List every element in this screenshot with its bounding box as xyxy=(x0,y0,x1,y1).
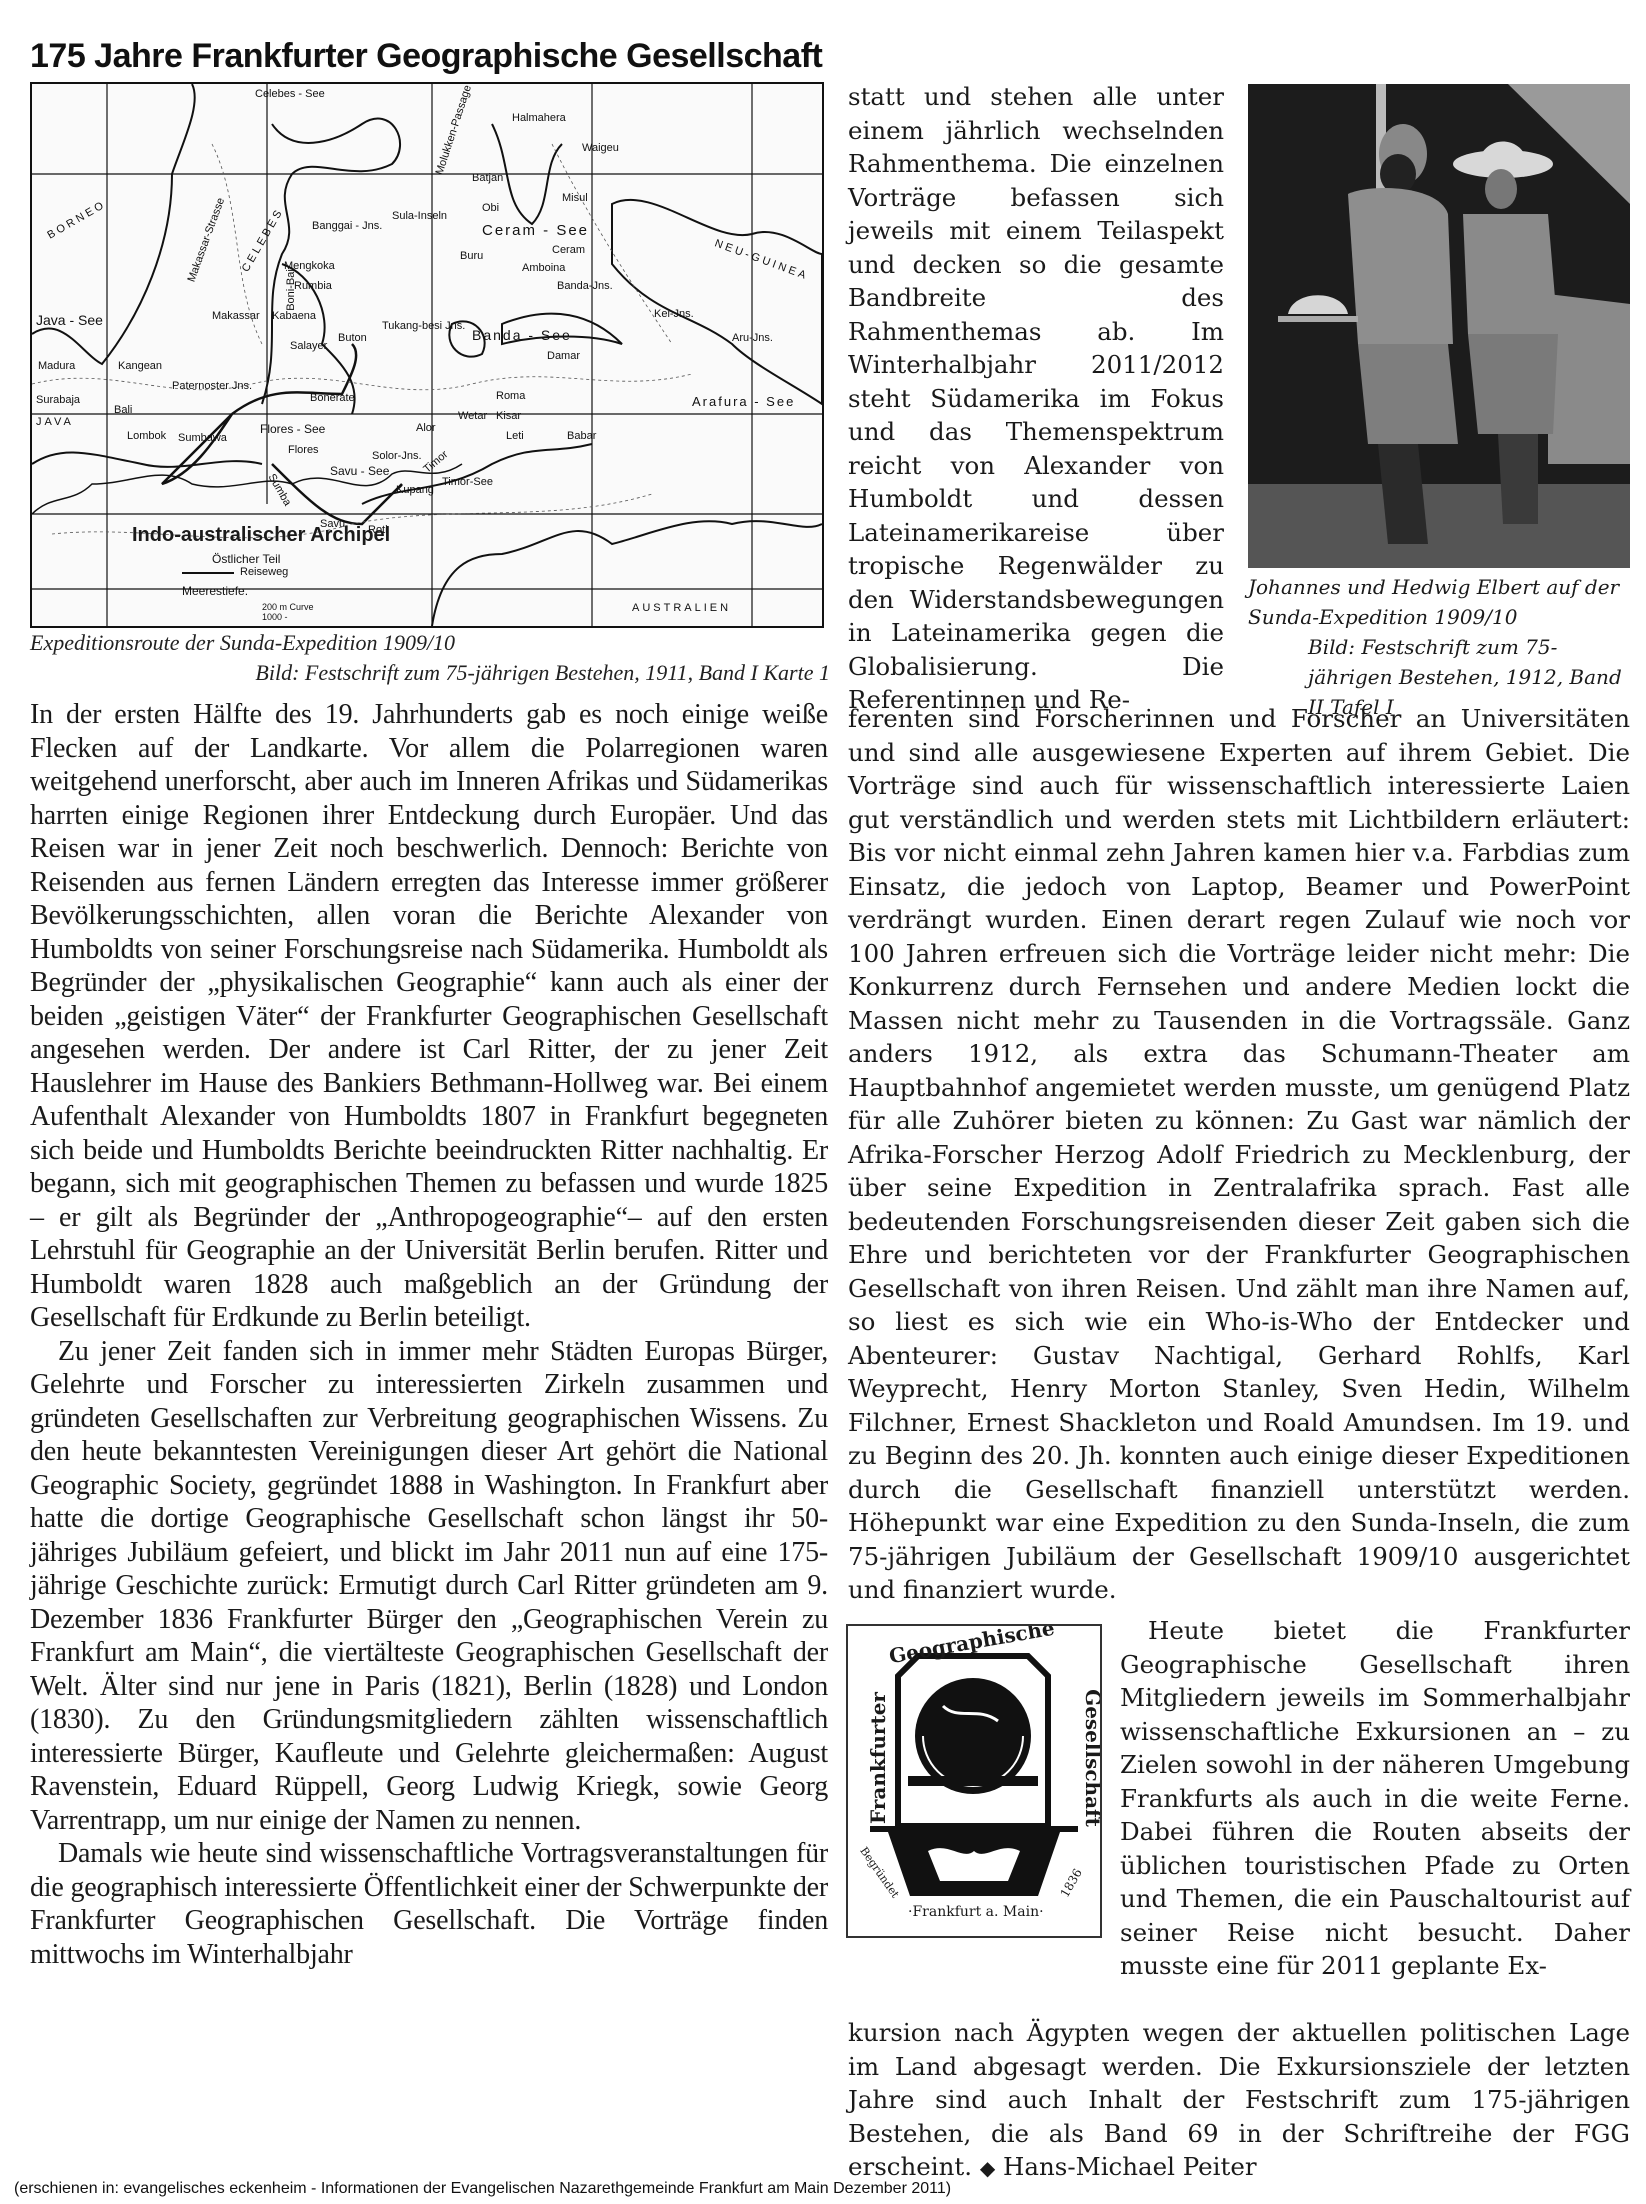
map-label: Banggai - Jns. xyxy=(312,220,382,232)
map-label: AUSTRALIEN xyxy=(632,602,731,614)
publication-footer: (erschienen in: evangelisches eckenheim … xyxy=(14,2180,951,2198)
map-label: Banda-Jns. xyxy=(557,280,613,292)
closing-paragraph: kursion nach Ägypten wegen der aktuellen… xyxy=(848,2016,1630,2186)
map-label: JAVA xyxy=(36,416,74,428)
map-label: Madura xyxy=(38,360,75,372)
map-label: Arafura - See xyxy=(692,394,795,409)
map-label: Flores xyxy=(288,444,319,456)
map-label: Kupang xyxy=(396,484,434,496)
paragraph: ferenten sind Forscherinnen und Forscher… xyxy=(848,702,1630,1607)
photo-people-icon xyxy=(1248,84,1630,568)
expedition-map-image: Celebes - See BORNEO Makassar-Strasse CE… xyxy=(30,82,824,628)
map-label: Misul xyxy=(562,192,588,204)
map-label: Batjan xyxy=(472,172,503,184)
map-label: Boni-Bai xyxy=(285,269,297,311)
diamond-bullet-icon: ◆ xyxy=(980,2156,995,2180)
map-legend-title: Indo-australischer Archipel xyxy=(132,524,390,547)
right-column: ferenten sind Forscherinnen und Forscher… xyxy=(848,702,1630,1607)
map-label: Babar xyxy=(567,430,596,442)
map-label: Paternoster Jns. xyxy=(172,380,252,392)
route-line-icon xyxy=(182,572,234,574)
paragraph: Heute bietet die Frankfurter Geographisc… xyxy=(1120,1614,1630,1983)
society-logo: Geographische Frankfurter Gesellschaft ·… xyxy=(846,1624,1102,1938)
map-label: Roma xyxy=(496,390,525,402)
map-caption-source: Bild: Festschrift zum 75-jährigen Besteh… xyxy=(30,658,830,688)
map-label: Kabaena xyxy=(272,310,316,322)
map-label: Waigeu xyxy=(582,142,619,154)
map-label: Buton xyxy=(338,332,367,344)
map-label: Makassar xyxy=(212,310,260,322)
map-label: Obi xyxy=(482,202,499,214)
map-label: Banda - See xyxy=(472,327,572,343)
article-title: 175 Jahre Frankfurter Geographische Gese… xyxy=(30,37,822,76)
map-label: Surabaja xyxy=(36,394,80,406)
right-narrow-column: Heute bietet die Frankfurter Geographisc… xyxy=(1120,1614,1630,1983)
photo-caption-text: Johannes und Hedwig Elbert auf der Sunda… xyxy=(1248,572,1638,632)
map-label: Java - See xyxy=(36,312,103,328)
expedition-photo xyxy=(1248,84,1630,568)
left-column: In der ersten Hälfte des 19. Jahrhundert… xyxy=(30,698,828,1971)
logo-right-text: Gesellschaft xyxy=(1081,1689,1102,1827)
logo-left-text: Frankfurter xyxy=(866,1692,890,1824)
paragraph: statt und stehen alle unter einem jährli… xyxy=(848,80,1224,717)
paragraph: In der ersten Hälfte des 19. Jahrhundert… xyxy=(30,698,828,1335)
map-label: Salayer xyxy=(290,340,327,352)
map-label: Ceram - See xyxy=(482,222,589,239)
map-label: Sumbawa xyxy=(178,432,227,444)
map-label: Kangean xyxy=(118,360,162,372)
map-label: Damar xyxy=(547,350,580,362)
map-label: Bali xyxy=(114,404,132,416)
map-caption-text: Expeditionsroute der Sunda-Expedition 19… xyxy=(30,628,830,658)
map-label: Solor-Jns. xyxy=(372,450,422,462)
map-label: Bonerate xyxy=(310,392,355,404)
map-label: Aru-Jns. xyxy=(732,332,773,344)
middle-column: statt und stehen alle unter einem jährli… xyxy=(848,80,1224,717)
map-legend-subtitle: Östlicher Teil xyxy=(212,552,280,566)
map-label: Wetar xyxy=(458,410,487,422)
map-label: Kei-Jns. xyxy=(654,308,694,320)
map-label: Buru xyxy=(460,250,483,262)
map-legend-depth-title: Meerestiefe. xyxy=(182,584,248,598)
map-label: Flores - See xyxy=(260,422,325,436)
map-legend-depth: 200 m Curve xyxy=(262,602,314,612)
map-label: Celebes - See xyxy=(255,88,325,100)
map-label: Rumbia xyxy=(294,280,332,292)
map-label: Kisar xyxy=(496,410,521,422)
map-legend-depth: 1000 - xyxy=(262,612,288,622)
map-label: Alor xyxy=(416,422,436,434)
map-label: Leti xyxy=(506,430,524,442)
map-label: Ceram xyxy=(552,244,585,256)
map-label: Halmahera xyxy=(512,112,566,124)
map-label: Amboina xyxy=(522,262,565,274)
map-legend-route: Reiseweg xyxy=(240,566,288,578)
paragraph: Damals wie heute sind wissenschaftliche … xyxy=(30,1837,828,1971)
author-name: Hans-Michael Peiter xyxy=(1003,2152,1257,2181)
map-label: Tukang-besi Jns. xyxy=(382,320,465,332)
map-label: Lombok xyxy=(127,430,166,442)
map-label: Sula-Inseln xyxy=(392,210,447,222)
logo-bottom-text: ·Frankfurt a. Main· xyxy=(908,1904,1044,1920)
map-label: Timor-See xyxy=(442,476,493,488)
paragraph: Zu jener Zeit fanden sich in immer mehr … xyxy=(30,1335,828,1838)
map-caption: Expeditionsroute der Sunda-Expedition 19… xyxy=(30,628,830,688)
photo-caption: Johannes und Hedwig Elbert auf der Sunda… xyxy=(1248,572,1638,722)
map-label: Savu - See xyxy=(330,464,389,478)
